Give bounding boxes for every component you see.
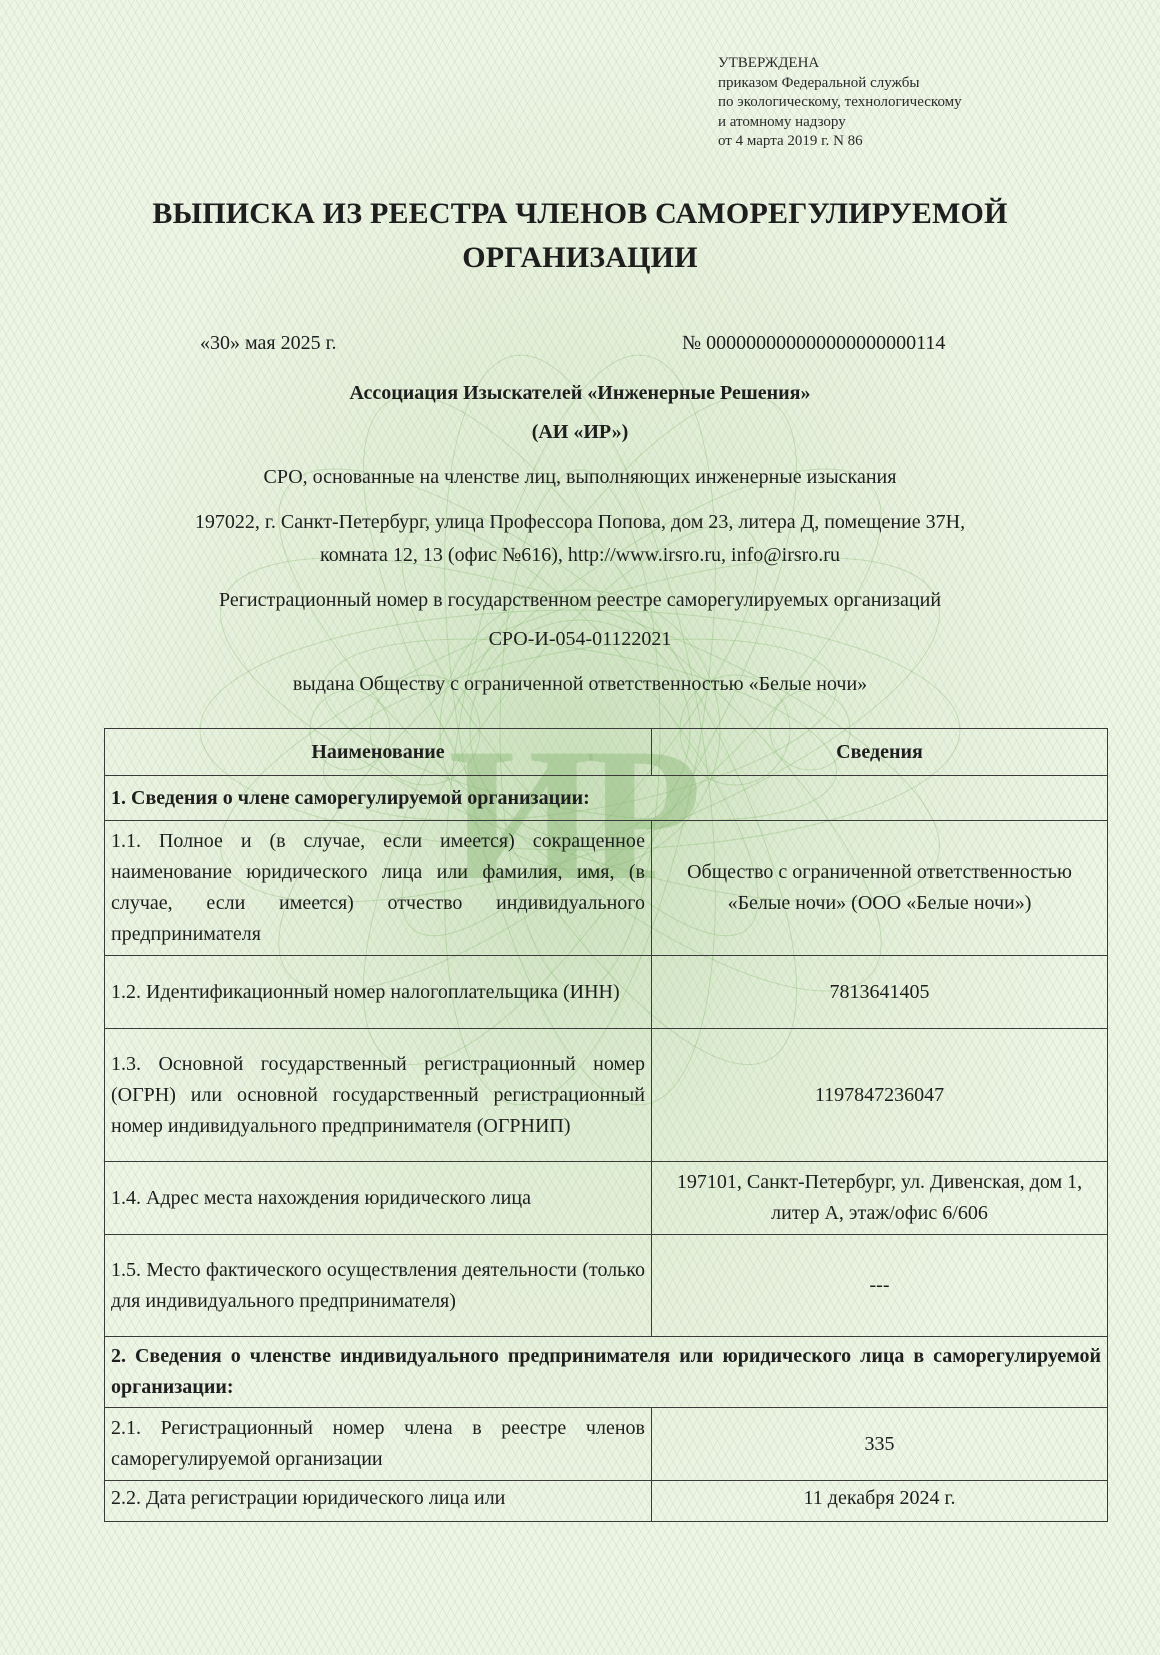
row-value: 11 декабря 2024 г.: [652, 1481, 1108, 1522]
organization-address-line-2: комната 12, 13 (офис №616), http://www.i…: [100, 543, 1060, 567]
approval-line: и атомному надзору: [718, 113, 962, 133]
organization-name: Ассоциация Изыскателей «Инженерные Решен…: [100, 381, 1060, 405]
row-value: 197101, Санкт-Петербург, ул. Дивенская, …: [652, 1162, 1108, 1235]
row-value: 7813641405: [652, 956, 1108, 1029]
row-label: 1.3. Основной государственный регистраци…: [105, 1029, 652, 1162]
table-row: 1.2. Идентификационный номер налогоплате…: [105, 956, 1108, 1029]
table-row: 1.5. Место фактического осуществления де…: [105, 1235, 1108, 1337]
table-row: 1.3. Основной государственный регистраци…: [105, 1029, 1108, 1162]
registry-number: СРО-И-054-01122021: [100, 627, 1060, 651]
row-label: 1.1. Полное и (в случае, если имеется) с…: [105, 821, 652, 956]
section-row-2: 2. Сведения о членстве индивидуального п…: [105, 1337, 1108, 1408]
register-table: Наименование Сведения 1. Сведения о член…: [104, 728, 1108, 1522]
row-label: 1.4. Адрес места нахождения юридического…: [105, 1162, 652, 1235]
approval-line: приказом Федеральной службы: [718, 74, 962, 94]
sro-type: СРО, основанные на членстве лиц, выполня…: [100, 465, 1060, 489]
row-label: 2.2. Дата регистрации юридического лица …: [105, 1481, 652, 1522]
approval-stamp: УТВЕРЖДЕНА приказом Федеральной службы п…: [718, 54, 962, 152]
row-label: 2.1. Регистрационный номер члена в реест…: [105, 1408, 652, 1481]
column-header-info: Сведения: [652, 729, 1108, 776]
title-line-2: ОРГАНИЗАЦИИ: [100, 236, 1060, 280]
row-value: 1197847236047: [652, 1029, 1108, 1162]
approval-line: по экологическому, технологическому: [718, 93, 962, 113]
issued-to: выдана Обществу с ограниченной ответстве…: [100, 672, 1060, 696]
approval-line: от 4 марта 2019 г. N 86: [718, 132, 962, 152]
row-value: ---: [652, 1235, 1108, 1337]
table-row: 1.1. Полное и (в случае, если имеется) с…: [105, 821, 1108, 956]
table-row: 1.4. Адрес места нахождения юридического…: [105, 1162, 1108, 1235]
row-value: 335: [652, 1408, 1108, 1481]
title-line-1: ВЫПИСКА ИЗ РЕЕСТРА ЧЛЕНОВ САМОРЕГУЛИРУЕМ…: [100, 192, 1060, 236]
registry-label: Регистрационный номер в государственном …: [100, 588, 1060, 612]
row-label: 1.2. Идентификационный номер налогоплате…: [105, 956, 652, 1029]
document-date: «30» мая 2025 г.: [200, 332, 337, 355]
table-header-row: Наименование Сведения: [105, 729, 1108, 776]
table-row: 2.1. Регистрационный номер члена в реест…: [105, 1408, 1108, 1481]
column-header-name: Наименование: [105, 729, 652, 776]
row-label: 1.5. Место фактического осуществления де…: [105, 1235, 652, 1337]
document-number: № 000000000000000000000114: [682, 332, 945, 355]
section-heading: 2. Сведения о членстве индивидуального п…: [105, 1337, 1108, 1408]
approval-line: УТВЕРЖДЕНА: [718, 54, 962, 74]
organization-short-name: (АИ «ИР»): [100, 420, 1060, 444]
table-row: 2.2. Дата регистрации юридического лица …: [105, 1481, 1108, 1522]
organization-address-line-1: 197022, г. Санкт-Петербург, улица Профес…: [100, 510, 1060, 534]
document-title: ВЫПИСКА ИЗ РЕЕСТРА ЧЛЕНОВ САМОРЕГУЛИРУЕМ…: [100, 192, 1060, 280]
row-value: Общество с ограниченной ответственностью…: [652, 821, 1108, 956]
section-heading: 1. Сведения о члене саморегулируемой орг…: [105, 776, 1108, 821]
section-row-1: 1. Сведения о члене саморегулируемой орг…: [105, 776, 1108, 821]
